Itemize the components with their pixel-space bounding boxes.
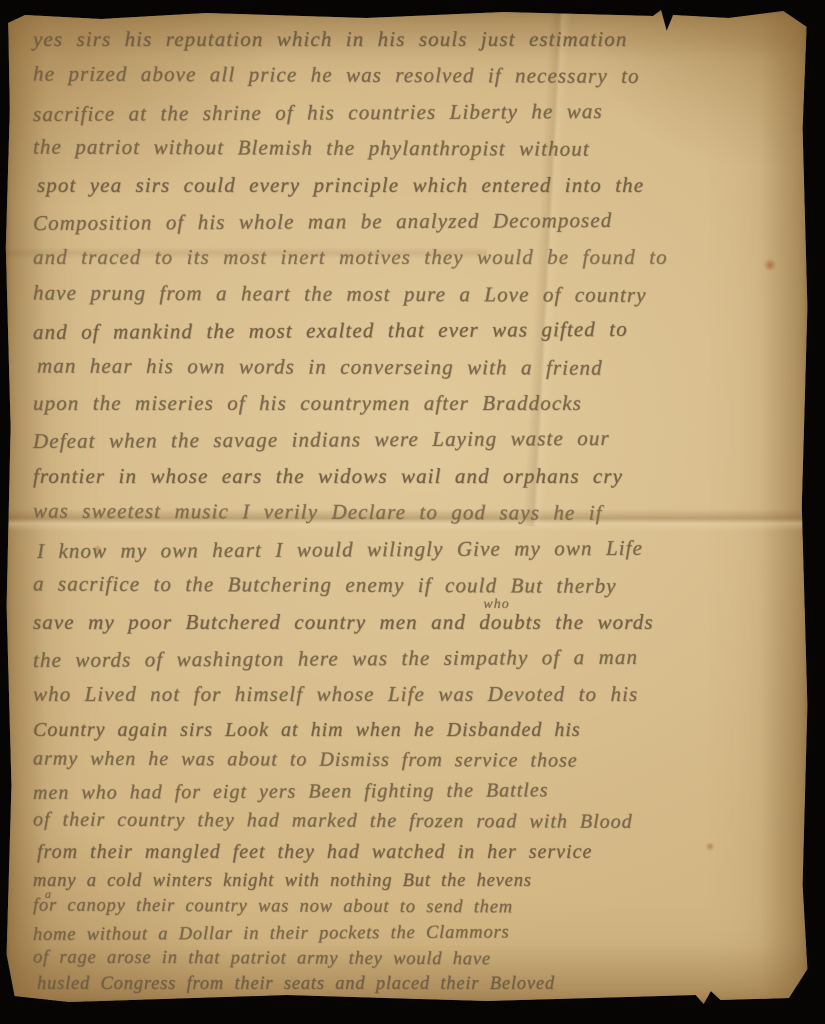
- letter-line: sacrifice at the shrine of his countries…: [33, 92, 793, 132]
- letter-line: I know my own heart I would wilingly Giv…: [37, 529, 793, 569]
- letter-line: of rage arose in that patriot army they …: [33, 945, 793, 974]
- letter-body-middle: Country again sirs Look at him when he D…: [33, 715, 793, 868]
- letter-line: many a cold winters knight with nothing …: [33, 869, 793, 895]
- letter-line: who Lived not for himself whose Life was…: [33, 676, 793, 712]
- letter-line: spot yea sirs could every principle whic…: [37, 167, 793, 203]
- letter-line: Country again sirs Look at him when he D…: [33, 715, 793, 746]
- letter-line: a sacrifice to the Butchering enemy if c…: [33, 566, 793, 605]
- letter-line: men who had for eigt yers Been fighting …: [33, 774, 793, 808]
- scan-background: { "document": { "kind": "scanned handwri…: [0, 0, 825, 1024]
- letter-line: and of mankind the most exalted that eve…: [33, 310, 793, 350]
- letter-line: was sweetest music I verily Declare to g…: [33, 493, 793, 532]
- letter-line: and traced to its most inert motives the…: [33, 239, 793, 275]
- letter-page: yes sirs his reputation which in his sou…: [5, 9, 809, 1004]
- letter-body-upper: yes sirs his reputation which in his sou…: [33, 21, 793, 713]
- letter-line: Composition of his whole man be analyzed…: [33, 201, 793, 241]
- letter-line: army when he was about to Dismiss from s…: [33, 744, 793, 777]
- letter-line: save my poor Butchered country men and d…: [33, 604, 793, 640]
- letter-line: man hear his own words in converseing wi…: [37, 347, 793, 386]
- letter-line: yes sirs his reputation which in his sou…: [33, 21, 793, 57]
- interlinear-insertion-a: a: [45, 887, 51, 902]
- letter-line: Defeat when the savage indians were Layi…: [33, 419, 793, 459]
- letter-line: from their mangled feet they had watched…: [37, 837, 793, 868]
- letter-line: frontier in whose ears the widows wail a…: [33, 458, 793, 494]
- letter-line: husled Congress from their seats and pla…: [37, 972, 793, 998]
- interlinear-insertion-who: who: [483, 597, 509, 613]
- letter-line: home without a Dollar in their pockets t…: [33, 919, 793, 949]
- letter-line: have prung from a heart the most pure a …: [33, 274, 793, 313]
- letter-line: for canopy their country was now about t…: [33, 894, 793, 923]
- letter-body: yes sirs his reputation which in his sou…: [5, 9, 809, 998]
- letter-line: the patriot without Blemish the phylanth…: [33, 129, 793, 168]
- letter-line: he prized above all price he was resolve…: [33, 56, 793, 95]
- letter-body-lower: many a cold winters knight with nothing …: [33, 869, 793, 998]
- letter-line: the words of washington here was the sim…: [33, 638, 793, 678]
- letter-line: upon the miseries of his countrymen afte…: [33, 385, 793, 421]
- letter-line: of their country they had marked the fro…: [33, 805, 793, 838]
